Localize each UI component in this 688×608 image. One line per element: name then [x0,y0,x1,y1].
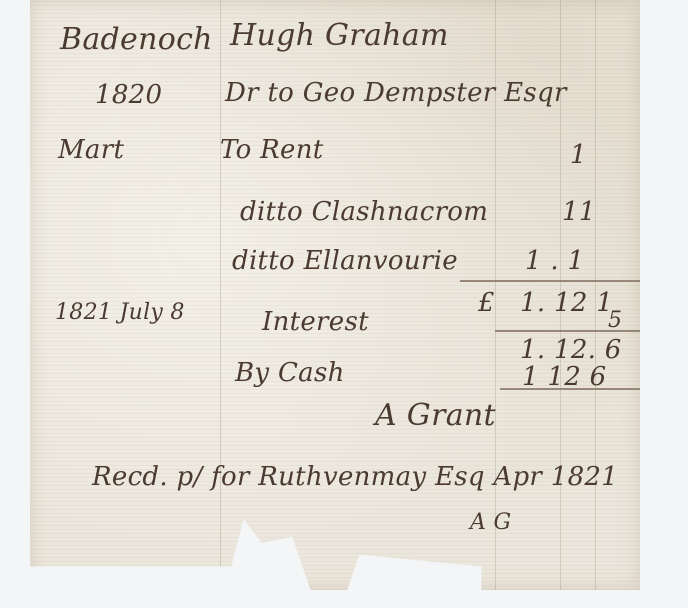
creditor-line: Dr to Geo Dempster Esqr [225,78,567,108]
signature: A Grant [375,398,496,433]
scanned-document: Badenoch Hugh Graham 1820 Dr to Geo Demp… [0,0,688,608]
ruled-line [220,0,221,590]
debtor-name: Hugh Graham [230,18,449,53]
entry-description: To Rent [220,135,324,165]
payment-amount: 1 12 6 [522,362,607,392]
receipt-note: Recd. p/ for Ruthvenmay Esq Apr 1821 [92,462,618,492]
interest-label: Interest [262,307,369,337]
entry-description: ditto Clashnacrom [240,197,488,227]
entry-amount: 1 . 1 [525,246,584,276]
subtotal-amount: 1. 12 1 [520,288,613,318]
entry-description: ditto Ellanvourie [232,246,458,276]
payment-label: By Cash [235,358,345,388]
sum-line [460,280,640,282]
interest-amount: 5 [608,308,622,333]
total-amount: 1. 12. 6 [520,335,622,365]
entry-amount: 1 [570,140,587,170]
interest-date: 1821 July 8 [55,300,185,325]
entry-date: Mart [58,135,124,165]
place-name: Badenoch [60,22,213,57]
year: 1820 [95,80,162,110]
entry-amount: 11 [562,197,596,227]
currency-mark: £ [478,288,495,318]
initials: A G [470,510,511,535]
